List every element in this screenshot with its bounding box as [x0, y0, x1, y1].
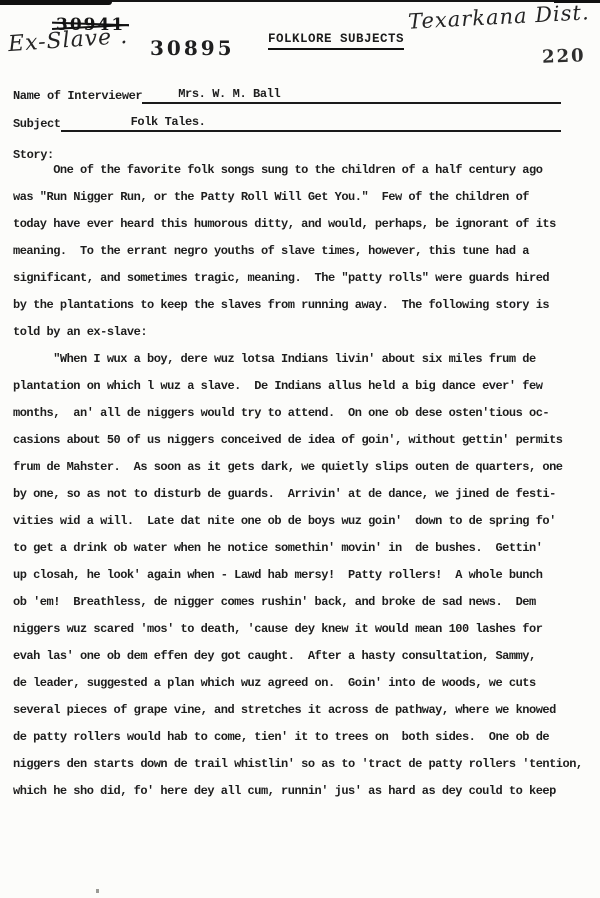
story-line: de patty rollers would hab to come, tien… [13, 724, 597, 751]
interviewer-value: Mrs. W. M. Ball [142, 87, 561, 104]
story-line: meaning. To the errant negro youths of s… [13, 238, 597, 265]
story-line: niggers den starts down de trail whistli… [13, 751, 597, 778]
document-title: FOLKLORE SUBJECTS [268, 32, 404, 50]
handwritten-district-note: Texarkana Dist. [408, 0, 591, 33]
handwritten-ex-slave-note: Ex-Slave . [7, 24, 129, 57]
form-section: Name of Interviewer Mrs. W. M. Ball Subj… [13, 76, 561, 162]
subject-row: Subject Folk Tales. [13, 104, 561, 132]
story-paragraph: "When I wux a boy, dere wuz lotsa Indian… [13, 346, 597, 805]
story-line: by one, so as not to disturb de guards. … [13, 481, 597, 508]
story-line: which he sho did, fo' here dey all cum, … [13, 778, 597, 805]
story-line: was "Run Nigger Run, or the Patty Roll W… [13, 184, 597, 211]
story-line: frum de Mahster. As soon as it gets dark… [13, 454, 597, 481]
story-line: ob 'em! Breathless, de nigger comes rush… [13, 589, 597, 616]
page-number-stamp: 220 [542, 45, 586, 68]
story-line: niggers wuz scared 'mos' to death, 'caus… [13, 616, 597, 643]
story-line: de leader, suggested a plan which wuz ag… [13, 670, 597, 697]
story-line: One of the favorite folk songs sung to t… [13, 157, 597, 184]
story-line: months, an' all de niggers would try to … [13, 400, 597, 427]
story-line: casions about 50 of us niggers conceived… [13, 427, 597, 454]
scan-edge-artifact-left [0, 0, 112, 5]
story-line: by the plantations to keep the slaves fr… [13, 292, 597, 319]
story-line: "When I wux a boy, dere wuz lotsa Indian… [13, 346, 597, 373]
document-number-stamp: 30895 [150, 36, 235, 60]
interviewer-label: Name of Interviewer [13, 89, 142, 104]
interviewer-row: Name of Interviewer Mrs. W. M. Ball [13, 76, 561, 104]
story-line: to get a drink ob water when he notice s… [13, 535, 597, 562]
story-line: plantation on which l wuz a slave. De In… [13, 373, 597, 400]
story-line: several pieces of grape vine, and stretc… [13, 697, 597, 724]
story-line: today have ever heard this humorous ditt… [13, 211, 597, 238]
story-body: One of the favorite folk songs sung to t… [13, 157, 597, 805]
story-line: vities wid a will. Late dat nite one ob … [13, 508, 597, 535]
story-line: evah las' one ob dem effen dey got caugh… [13, 643, 597, 670]
story-line: significant, and sometimes tragic, meani… [13, 265, 597, 292]
story-line: up closah, he look' again when - Lawd ha… [13, 562, 597, 589]
document-page: Texarkana Dist. 30941 Ex-Slave . 30895 F… [0, 0, 600, 898]
subject-value: Folk Tales. [61, 115, 561, 132]
story-line: told by an ex-slave: [13, 319, 597, 346]
subject-label: Subject [13, 117, 61, 132]
scan-speck-artifact [96, 889, 99, 893]
story-paragraph: One of the favorite folk songs sung to t… [13, 157, 597, 346]
